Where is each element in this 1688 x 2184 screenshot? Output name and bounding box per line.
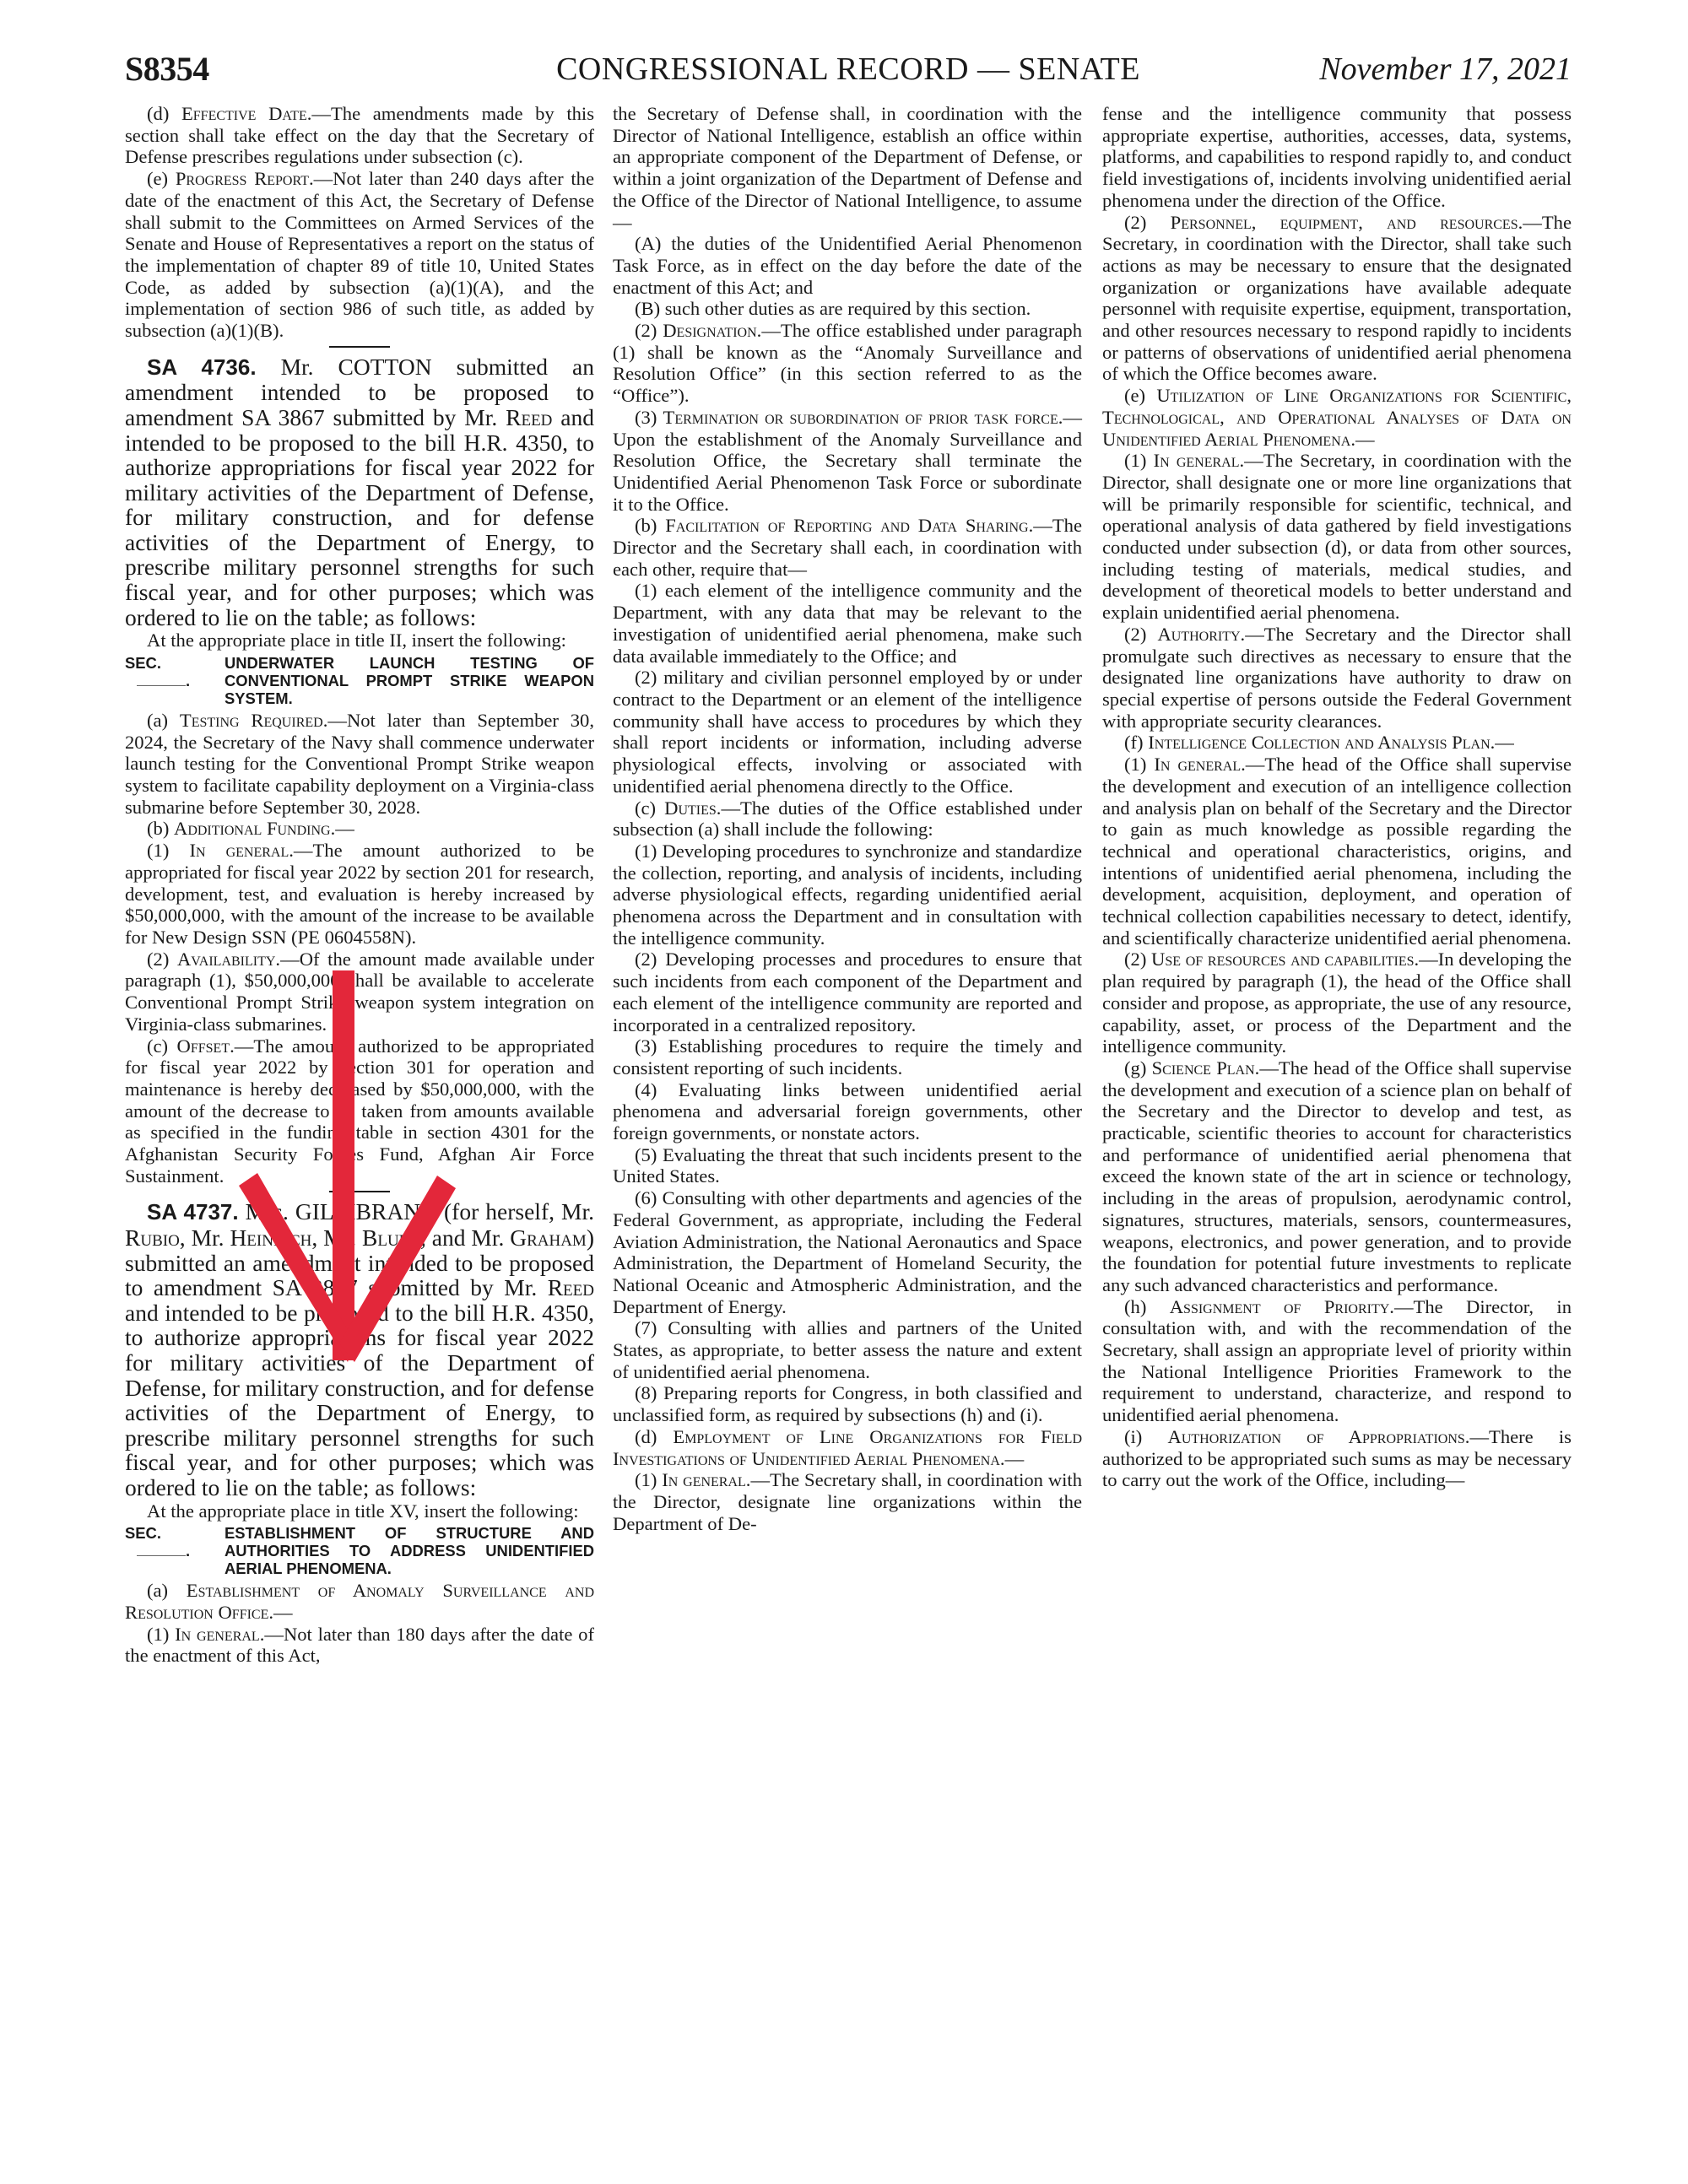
paragraph-termination: (3) Termination or subordination of prio…	[613, 407, 1082, 516]
paragraph-appropriations: (i) Authorization of Appropriations.—The…	[1102, 1426, 1572, 1491]
label: (a)	[147, 1580, 187, 1601]
label: (c)	[635, 797, 664, 819]
section-heading: SEC.. UNDERWATER LAUNCH TESTING OF CONVE…	[125, 654, 594, 707]
page-header: S8354 CONGRESSIONAL RECORD — SENATE Nove…	[125, 49, 1572, 96]
label: (h)	[1124, 1296, 1170, 1317]
subsection-heading: In general.	[662, 1469, 750, 1490]
insert-instruction: At the appropriate place in title II, in…	[125, 630, 594, 651]
paragraph-duties: (c) Duties.—The duties of the Office est…	[613, 797, 1082, 841]
label: (a)	[147, 710, 180, 731]
paragraph-text: , Mr.	[311, 1224, 362, 1251]
paragraph-text: —Not later than 240 days after the date …	[125, 168, 594, 341]
column-left: (d) Effective Date.—The amendments made …	[125, 103, 594, 1667]
label: (1)	[147, 840, 189, 861]
label: (c)	[147, 1035, 177, 1057]
paragraph-text: —The head of the Office shall supervise …	[1102, 1057, 1572, 1295]
paragraph-text: —The Secretary, in coordination with the…	[1102, 212, 1572, 385]
subsection-heading: In general.	[1154, 754, 1245, 775]
label: (e)	[147, 168, 176, 189]
subsection-heading: Progress Report.	[176, 168, 314, 189]
label: (1)	[1124, 450, 1154, 471]
paragraph-testing-required: (a) Testing Required.—Not later than Sep…	[125, 710, 594, 819]
column-middle: the Secretary of Defense shall, in coord…	[613, 103, 1082, 1534]
paragraph-f1: (1) In general.—The head of the Office s…	[1102, 754, 1572, 949]
subsection-heading: Personnel, equipment, and resources.	[1171, 212, 1523, 233]
subsection-heading: In general.	[1154, 450, 1245, 471]
paragraph-text: Mrs. GILLIBRAND (for herself, Mr.	[239, 1198, 594, 1224]
subsection-heading: Additional Funding.	[174, 818, 335, 839]
paragraph-B: (B) such other duties as are required by…	[613, 298, 1082, 320]
senator-name: Reed	[548, 1274, 594, 1300]
label: (2)	[635, 320, 663, 341]
amendment-sa4737-intro: SA 4737. Mrs. GILLIBRAND (for herself, M…	[125, 1199, 594, 1500]
paragraph-text: —	[1495, 732, 1514, 753]
label: (2)	[147, 949, 177, 970]
paragraph-text: —	[273, 1602, 293, 1623]
sec-label: SEC.	[125, 654, 161, 672]
paragraph-in-general: (1) In general.—Not later than 180 days …	[125, 1624, 594, 1667]
paragraph-science-plan: (g) Science Plan.—The head of the Office…	[1102, 1057, 1572, 1296]
paragraph-employment: (d) Employment of Line Organizations for…	[613, 1426, 1082, 1469]
paragraph-text: —	[1005, 1448, 1025, 1469]
paragraph-intelligence-plan: (f) Intelligence Collection and Analysis…	[1102, 732, 1572, 754]
paragraph-in-general: (1) In general.—The amount authorized to…	[125, 840, 594, 949]
paragraph-c5: (5) Evaluating the threat that such inci…	[613, 1144, 1082, 1187]
paragraph-c2: (2) Developing processes and procedures …	[613, 949, 1082, 1035]
subsection-heading: Duties.	[664, 797, 721, 819]
paragraph-text: —	[1355, 429, 1375, 450]
label: (i)	[1124, 1426, 1168, 1447]
label: (3)	[635, 407, 663, 428]
paragraph-offset: (c) Offset.—The amount authorized to be …	[125, 1035, 594, 1187]
label: (2)	[1124, 212, 1171, 233]
paragraph-c1: (1) Developing procedures to synchronize…	[613, 841, 1082, 949]
label: (1)	[147, 1624, 175, 1645]
subsection-heading: Establishment of Anomaly Surveillance an…	[125, 1580, 594, 1623]
subsection-heading: Facilitation of Reporting and Data Shari…	[665, 515, 1033, 536]
paragraph-additional-funding: (b) Additional Funding.—	[125, 818, 594, 840]
subsection-heading: Termination or subordination of prior ta…	[663, 407, 1063, 428]
section-divider	[329, 346, 390, 348]
paragraph-effective-date: (d) Effective Date.—The amendments made …	[125, 103, 594, 168]
label: (2)	[1124, 949, 1151, 970]
section-title: ESTABLISHMENT OF STRUCTURE AND AUTHORITI…	[218, 1524, 594, 1577]
paragraph-establishment: (a) Establishment of Anomaly Surveillanc…	[125, 1580, 594, 1623]
section-heading: SEC.. ESTABLISHMENT OF STRUCTURE AND AUT…	[125, 1524, 594, 1577]
subsection-heading: Availability.	[177, 949, 280, 970]
paragraph-d2: (2) Personnel, equipment, and resources.…	[1102, 212, 1572, 386]
column-right: fense and the intelligence community tha…	[1102, 103, 1572, 1491]
paragraph-d1: (1) In general.—The Secretary shall, in …	[613, 1469, 1082, 1534]
paragraph-text: , and Mr.	[420, 1224, 510, 1251]
paragraph-e1: (1) In general.—The Secretary, in coordi…	[1102, 450, 1572, 624]
label: (f)	[1124, 732, 1148, 753]
subsection-heading: Intelligence Collection and Analysis Pla…	[1148, 732, 1495, 753]
senator-name: Reed	[506, 404, 552, 430]
subsection-heading: Effective Date.	[181, 103, 311, 124]
paragraph-c3: (3) Establishing procedures to require t…	[613, 1035, 1082, 1078]
label: (1)	[1124, 754, 1154, 775]
subsection-heading: Testing Required.	[180, 710, 327, 731]
label: (b)	[147, 818, 174, 839]
paragraph-b2: (2) military and civilian personnel empl…	[613, 667, 1082, 797]
subsection-heading: Designation.	[663, 320, 761, 341]
label: (g)	[1124, 1057, 1152, 1078]
paragraph-designation: (2) Designation.—The office established …	[613, 320, 1082, 407]
paragraph-progress-report: (e) Progress Report.—Not later than 240 …	[125, 168, 594, 342]
section-title: UNDERWATER LAUNCH TESTING OF CONVENTIONA…	[218, 654, 594, 707]
paragraph-c4: (4) Evaluating links between unidentifie…	[613, 1079, 1082, 1144]
subsection-heading: Science Plan.	[1152, 1057, 1260, 1078]
paragraph-facilitation: (b) Facilitation of Reporting and Data S…	[613, 515, 1082, 580]
paragraph-availability: (2) Availability.—Of the amount made ava…	[125, 949, 594, 1035]
sec-label: SEC.	[125, 1524, 161, 1542]
subsection-heading: Authority.	[1157, 624, 1245, 645]
label: (d)	[147, 103, 181, 124]
label: (b)	[635, 515, 665, 536]
senator-name: Heinrich	[230, 1224, 311, 1251]
paragraph-c6: (6) Consulting with other departments an…	[613, 1187, 1082, 1317]
insert-instruction: At the appropriate place in title XV, in…	[125, 1500, 594, 1522]
label: (e)	[1124, 385, 1156, 406]
paragraph-c7: (7) Consulting with allies and partners …	[613, 1317, 1082, 1382]
paragraph-continued: the Secretary of Defense shall, in coord…	[613, 103, 1082, 233]
subsection-heading: Authorization of Appropriations.	[1168, 1426, 1470, 1447]
paragraph-text: —The amount authorized to be appropriate…	[125, 1035, 594, 1187]
label: (2)	[1124, 624, 1157, 645]
label: (1)	[635, 1469, 662, 1490]
paragraph-c8: (8) Preparing reports for Congress, in b…	[613, 1382, 1082, 1425]
subsection-heading: Use of resources and capabilities.	[1151, 949, 1419, 970]
subsection-heading: Assignment of Priority.	[1170, 1296, 1394, 1317]
amendment-number: SA 4736.	[147, 354, 257, 380]
amendment-sa4736-intro: SA 4736. Mr. COTTON submitted an amendme…	[125, 354, 594, 630]
section-divider	[329, 1191, 390, 1192]
paragraph-text: and intended to be proposed to the bill …	[125, 1300, 594, 1500]
paragraph-utilization: (e) Utilization of Line Organizations fo…	[1102, 385, 1572, 450]
subsection-heading: Utilization of Line Organizations for Sc…	[1102, 385, 1572, 449]
sec-number-blank	[137, 685, 186, 686]
senator-name: Rubio	[125, 1224, 180, 1251]
paragraph-text: —The Secretary, in coordination with the…	[1102, 450, 1572, 623]
sec-label-wrap: SEC..	[125, 654, 218, 707]
paragraph-text: and intended to be proposed to the bill …	[125, 404, 594, 630]
subsection-heading: In general.	[189, 840, 293, 861]
label: (d)	[635, 1426, 673, 1447]
paragraph-e2: (2) Authority.—The Secretary and the Dir…	[1102, 624, 1572, 733]
publication-date: November 17, 2021	[1319, 51, 1572, 88]
paragraph-f2: (2) Use of resources and capabilities.—I…	[1102, 949, 1572, 1057]
paragraph-b1: (1) each element of the intelligence com…	[613, 580, 1082, 667]
paragraph-continued: fense and the intelligence community tha…	[1102, 103, 1572, 212]
paragraph-text: —The head of the Office shall supervise …	[1102, 754, 1572, 949]
senator-name: Graham	[510, 1224, 587, 1251]
subsection-heading: Offset.	[177, 1035, 235, 1057]
paragraph-priority: (h) Assignment of Priority.—The Director…	[1102, 1296, 1572, 1426]
sec-number-blank	[137, 1555, 186, 1556]
paragraph-text: , Mr.	[180, 1224, 230, 1251]
amendment-number: SA 4737.	[147, 1199, 239, 1224]
senator-name: Blunt	[362, 1224, 420, 1251]
paragraph-text: —	[335, 818, 354, 839]
paragraph-A: (A) the duties of the Unidentified Aeria…	[613, 233, 1082, 298]
sec-label-wrap: SEC..	[125, 1524, 218, 1577]
subsection-heading: In general.	[175, 1624, 264, 1645]
